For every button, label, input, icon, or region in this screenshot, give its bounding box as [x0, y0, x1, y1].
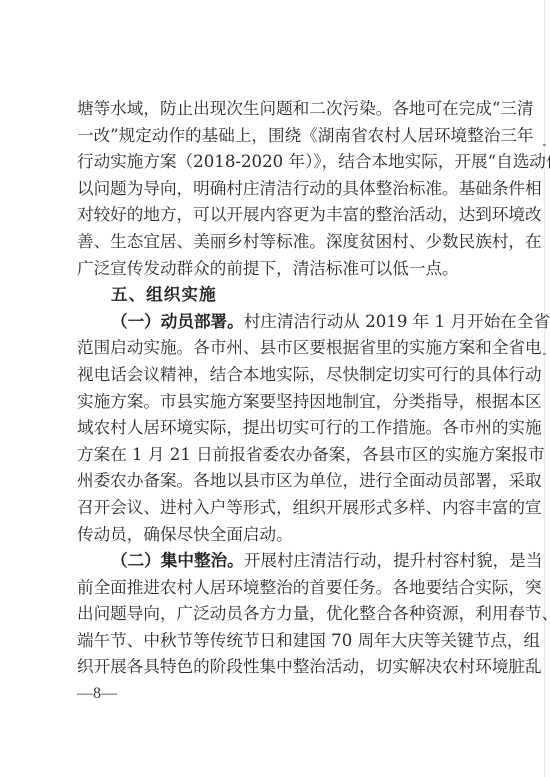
body-text: 塘等水域，防止出现次生问题和二次污染。各地可在完成“三清 一改”规定动作的基础上…	[77, 96, 479, 681]
text-line: 善、生态宜居、美丽乡村等标准。深度贫困村、少数民族村，在	[77, 229, 479, 256]
text-line: 出问题导向，广泛动员各方力量，优化整合各种资源，利用春节、	[77, 601, 479, 628]
scan-mark	[543, 144, 546, 146]
text-line: 织开展各具特色的阶段性集中整治活动，切实解决农村环境脏乱	[77, 654, 479, 681]
page-edge-line	[544, 0, 545, 777]
text-line: 以问题为导向，明确村庄清洁行动的具体整治标准。基础条件相	[77, 176, 479, 203]
text-line: 方案在 1 月 21 日前报省委农办备案，各县市区的实施方案报市	[77, 442, 479, 469]
paragraph-continued: 塘等水域，防止出现次生问题和二次污染。各地可在完成“三清 一改”规定动作的基础上…	[77, 96, 479, 282]
text-span: 村庄清洁行动从 2019 年 1 月开始在全省	[244, 312, 550, 331]
subheading-concentrated-rectification: （二）集中整治。	[111, 551, 244, 570]
text-span: 开展村庄清洁行动，提升村容村貌，是当	[244, 551, 543, 570]
text-line: 行动实施方案（2018-2020 年）》，结合本地实际，开展“自选动作”，	[77, 149, 479, 176]
scan-mark	[543, 353, 546, 355]
text-line: 范围启动实施。各市州、县市区要根据省里的实施方案和全省电	[77, 335, 479, 362]
paragraph-mobilization: （一）动员部署。村庄清洁行动从 2019 年 1 月开始在全省 范围启动实施。各…	[77, 309, 479, 548]
text-line: 域农村人居环境实际，提出切实可行的工作措施。各市州的实施	[77, 415, 479, 442]
text-line: 州委农办备案。各地以县市区为单位，进行全面动员部署，采取	[77, 468, 479, 495]
text-line: 前全面推进农村人居环境整治的首要任务。各地要结合实际，突	[77, 575, 479, 602]
text-line: 召开会议、进村入户等形式，组织开展形式多样、内容丰富的宣	[77, 495, 479, 522]
text-line: 实施方案。市县实施方案要坚持因地制宜，分类指导，根据本区	[77, 389, 479, 416]
page-number: —8—	[77, 682, 117, 706]
text-line: （一）动员部署。村庄清洁行动从 2019 年 1 月开始在全省	[77, 309, 479, 336]
section-heading: 五、组织实施	[77, 282, 479, 309]
text-line: （二）集中整治。开展村庄清洁行动，提升村容村貌，是当	[77, 548, 479, 575]
text-line: 视电话会议精神，结合本地实际，尽快制定切实可行的具体行动	[77, 362, 479, 389]
text-line: 传动员，确保尽快全面启动。	[77, 522, 479, 549]
text-line: 广泛宣传发动群众的前提下，清洁标准可以低一点。	[77, 256, 479, 283]
document-page: 塘等水域，防止出现次生问题和二次污染。各地可在完成“三清 一改”规定动作的基础上…	[0, 0, 550, 777]
subheading-mobilization: （一）动员部署。	[111, 312, 244, 331]
text-line: 塘等水域，防止出现次生问题和二次污染。各地可在完成“三清	[77, 96, 479, 123]
paragraph-concentrated-rectification: （二）集中整治。开展村庄清洁行动，提升村容村貌，是当 前全面推进农村人居环境整治…	[77, 548, 479, 681]
text-line: 对较好的地方，可以开展内容更为丰富的整治活动，达到环境改	[77, 202, 479, 229]
text-line: 一改”规定动作的基础上，围绕《湖南省农村人居环境整治三年	[77, 123, 479, 150]
text-line: 端午节、中秋节等传统节日和建国 70 周年大庆等关键节点，组	[77, 628, 479, 655]
